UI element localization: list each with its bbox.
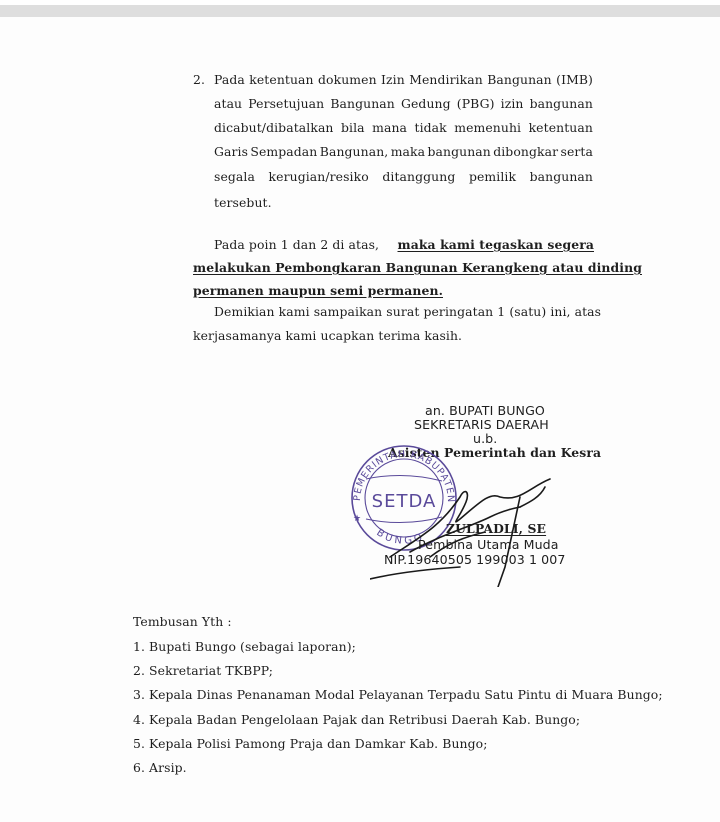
word: Garis xyxy=(214,144,248,159)
signatory-name: ZULPADLI, SE xyxy=(446,521,546,536)
emphasis-bold-3: permanen maupun semi permanen. xyxy=(193,283,443,298)
closing-line-2: kerjasamanya kami ucapkan terima kasih. xyxy=(193,328,462,343)
emphasis-bold-1: maka kami tegaskan segera xyxy=(398,237,595,252)
word: mana xyxy=(372,120,407,135)
emphasis-intro: Pada poin 1 dan 2 di atas, xyxy=(214,237,379,252)
word: ketentuan xyxy=(249,72,313,87)
word: Bangunan xyxy=(487,72,552,87)
closing-line-1: Demikian kami sampaikan surat peringatan… xyxy=(214,304,594,319)
point-2-line: PadaketentuandokumenIzinMendirikanBangun… xyxy=(214,72,593,87)
word: (PBG) xyxy=(457,96,495,111)
word: (IMB) xyxy=(556,72,593,87)
tembusan-item: 6. Arsip. xyxy=(133,760,187,775)
word: Sempadan xyxy=(250,144,317,159)
emphasis-line-1: Pada poin 1 dan 2 di atas, maka kami teg… xyxy=(214,237,594,252)
word: Bangunan, xyxy=(320,144,389,159)
word: bila xyxy=(341,120,365,135)
tembusan-item: 5. Kepala Polisi Pamong Praja dan Damkar… xyxy=(133,736,488,751)
signatory-rank: Pembina Utama Muda xyxy=(418,537,559,552)
point-number: 2. xyxy=(193,72,205,87)
word: izin xyxy=(501,96,524,111)
stamp-star-icon: ★ xyxy=(353,514,361,524)
viewer-top-bar xyxy=(0,0,720,17)
point-2-line: segalakerugian/resikoditanggungpemilikba… xyxy=(214,169,593,184)
word: tidak xyxy=(414,120,446,135)
word: Pada xyxy=(214,72,245,87)
word: dokumen xyxy=(318,72,377,87)
tembusan-item: 1. Bupati Bungo (sebagai laporan); xyxy=(133,639,356,654)
word: maka xyxy=(391,144,425,159)
word: dicabut/dibatalkan xyxy=(214,120,334,135)
word: bangunan xyxy=(530,96,593,111)
word: pemilik xyxy=(469,169,516,184)
signatory-nip: NIP.19640505 199003 1 007 xyxy=(384,552,566,567)
point-2-line: GarisSempadanBangunan,makabangunandibong… xyxy=(214,144,593,159)
top-strip xyxy=(0,5,720,17)
word: Gedung xyxy=(401,96,451,111)
word: ditanggung xyxy=(382,169,455,184)
word: ketentuan xyxy=(529,120,593,135)
word: dibongkar xyxy=(493,144,558,159)
word: Mendirikan xyxy=(409,72,483,87)
tembusan-item: 3. Kepala Dinas Penanaman Modal Pelayana… xyxy=(133,687,663,702)
sig-line-1: an. BUPATI BUNGO xyxy=(425,403,545,418)
word: bangunan xyxy=(427,144,490,159)
tembusan-heading: Tembusan Yth : xyxy=(133,614,232,629)
document-page: 2. PadaketentuandokumenIzinMendirikanBan… xyxy=(0,17,720,822)
sig-line-2: SEKRETARIS DAERAH xyxy=(414,417,549,432)
word: Bangunan xyxy=(330,96,395,111)
word: bangunan xyxy=(530,169,593,184)
word: segala xyxy=(214,169,255,184)
tembusan-item: 4. Kepala Badan Pengelolaan Pajak dan Re… xyxy=(133,712,580,727)
word: Izin xyxy=(381,72,405,87)
word: atau xyxy=(214,96,242,111)
point-2-line: dicabut/dibatalkanbilamanatidakmemenuhik… xyxy=(214,120,593,135)
sig-line-3: u.b. xyxy=(473,431,497,446)
word: kerugian/resiko xyxy=(269,169,369,184)
word: serta xyxy=(560,144,592,159)
emphasis-bold-2: melakukan Pembongkaran Bangunan Kerangke… xyxy=(193,260,593,275)
tembusan-item: 2. Sekretariat TKBPP; xyxy=(133,663,273,678)
point-2-last-line: tersebut. xyxy=(214,195,272,210)
word: Persetujuan xyxy=(248,96,324,111)
point-2-line: atauPersetujuanBangunanGedung(PBG)izinba… xyxy=(214,96,593,111)
word: memenuhi xyxy=(454,120,521,135)
